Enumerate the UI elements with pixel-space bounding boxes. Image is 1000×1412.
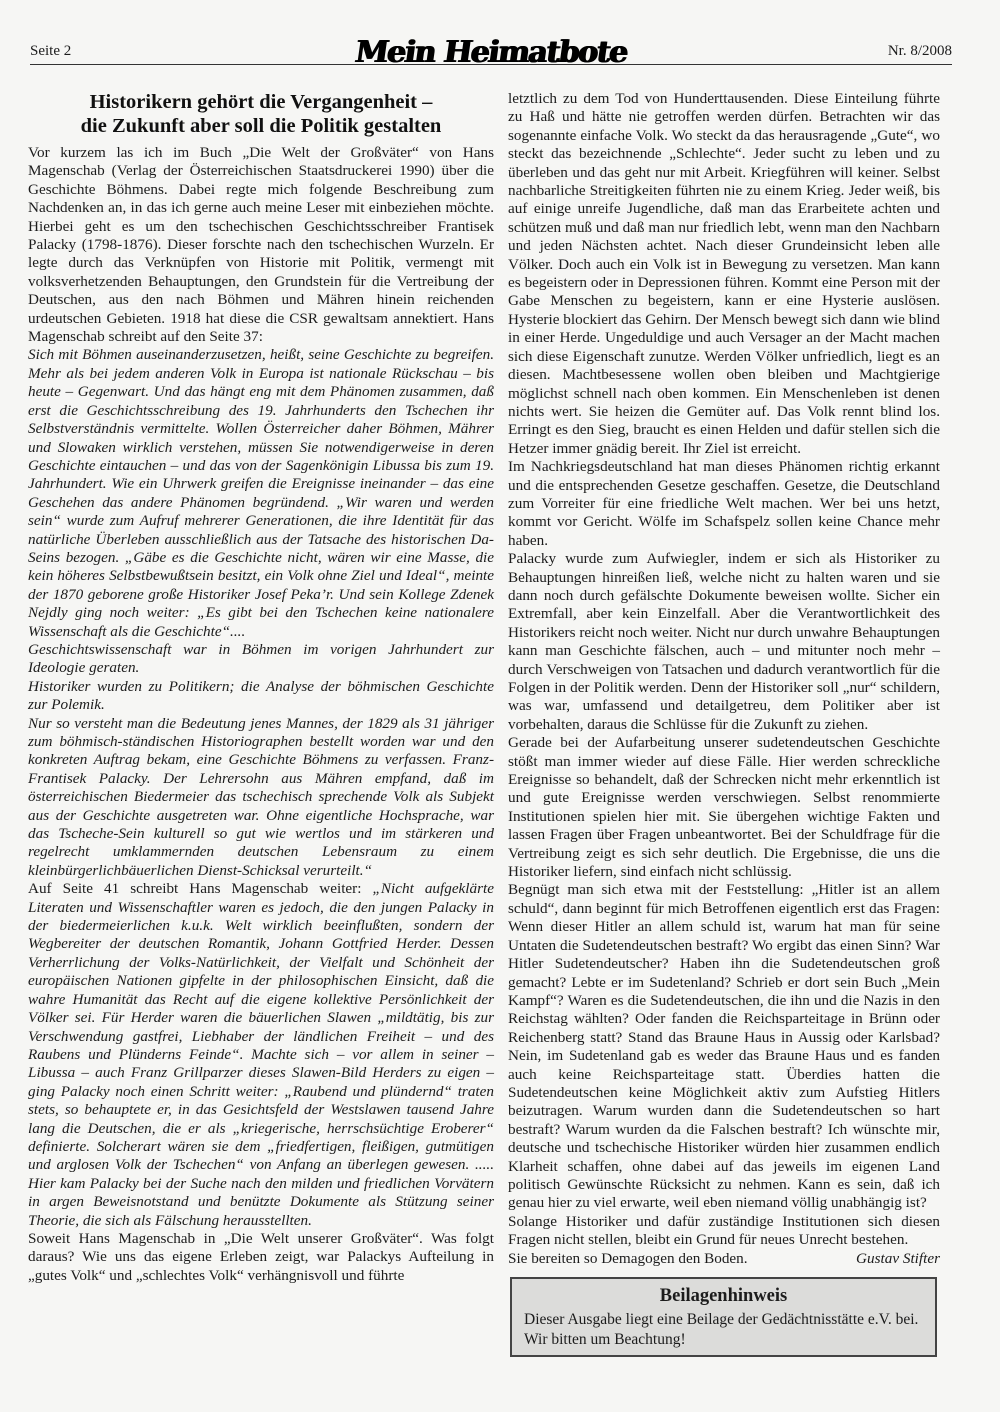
paragraph: Auf Seite 41 schreibt Hans Magenschab we… [28,880,494,1230]
paragraph: Solange Historiker und dafür zuständige … [508,1213,940,1250]
paragraph: Im Nachkriegsdeutschland hat man dieses … [508,458,940,550]
issue-number: Nr. 8/2008 [888,43,952,60]
quote-paragraph: Historiker wurden zu Politikern; die Ana… [28,678,494,715]
article-headline: Historikern gehört die Vergangenheit – d… [28,90,494,138]
headline-line-1: Historikern gehört die Vergangenheit – [90,91,433,113]
paragraph: Vor kurzem las ich im Buch „Die Welt der… [28,144,494,346]
paragraph: Gerade bei der Aufarbeitung unserer sude… [508,734,940,881]
closing-line: Sie bereiten so Demagogen den Boden. Gus… [508,1250,940,1268]
masthead-logo: Mein Heimatbote [353,35,629,70]
article-left-column: Historikern gehört die Vergangenheit – d… [28,90,494,1285]
notice-body: Dieser Ausgabe liegt eine Beilage der Ge… [524,1310,923,1350]
closing-sentence: Sie bereiten so Demagogen den Boden. [508,1250,748,1268]
author-byline: Gustav Stifter [856,1250,940,1268]
newspaper-page: Seite 2 Mein Heimatbote Nr. 8/2008 Histo… [0,0,1000,1412]
page-header: Seite 2 Mein Heimatbote Nr. 8/2008 [30,30,952,65]
paragraph-lead: Auf Seite 41 schreibt Hans Magenschab we… [28,880,372,897]
supplement-notice-box: Beilagenhinweis Dieser Ausgabe liegt ein… [510,1277,937,1357]
quote-text: „Nicht aufgeklärte Literaten und Wissens… [28,880,494,1228]
paragraph: Begnügt man sich etwa mit der Feststellu… [508,881,940,1212]
paragraph: Palacky wurde zum Aufwiegler, indem er s… [508,550,940,734]
headline-line-2: die Zukunft aber soll die Politik gestal… [81,115,442,137]
quote-paragraph: Sich mit Böhmen auseinanderzusetzen, hei… [28,346,494,641]
quote-paragraph: Geschichtswissenschaft war in Böhmen im … [28,641,494,678]
page-number: Seite 2 [30,43,71,60]
quote-paragraph: Nur so versteht man die Bedeutung jenes … [28,715,494,881]
paragraph: Soweit Hans Magenschab in „Die Welt unse… [28,1230,494,1285]
notice-title: Beilagenhinweis [524,1285,923,1307]
paragraph: letztlich zu dem Tod von Hunderttausende… [508,90,940,458]
article-right-column: letztlich zu dem Tod von Hunderttausende… [508,90,940,1268]
